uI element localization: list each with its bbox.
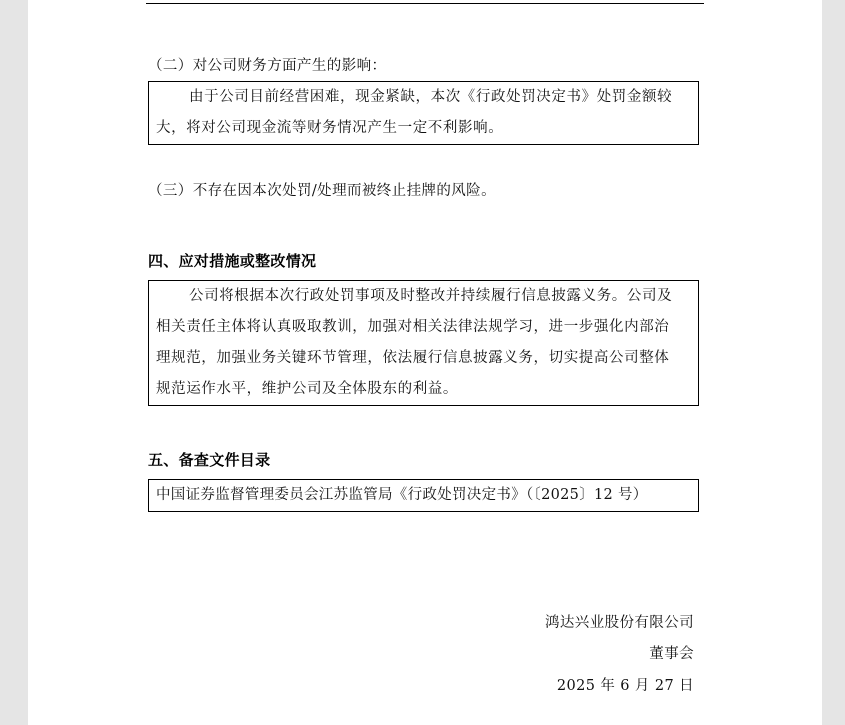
section-4-heading: 四、应对措施或整改情况: [148, 250, 316, 271]
financial-impact-line-2: 大，将对公司现金流等财务情况产生一定不利影响。: [156, 113, 692, 144]
financial-impact-box: 由于公司目前经营困难，现金紧缺，本次《行政处罚决定书》处罚金额较 大，将对公司现…: [148, 81, 699, 145]
subsection-financial-impact-label: （二）对公司财务方面产生的影响：: [148, 51, 386, 82]
remediation-measures-box: 公司将根据本次行政处罚事项及时整改并持续履行信息披露义务。公司及 相关责任主体将…: [148, 280, 699, 406]
remediation-line-3: 理规范，加强业务关键环节管理，依法履行信息披露义务，切实提高公司整体: [156, 343, 692, 374]
top-divider-line: [146, 3, 704, 4]
remediation-line-1: 公司将根据本次行政处罚事项及时整改并持续履行信息披露义务。公司及: [156, 281, 692, 312]
signature-date: 2025 年 6 月 27 日: [557, 674, 694, 695]
subsection-delisting-risk-label: （三）不存在因本次处罚/处理而被终止挂牌的风险。: [148, 176, 496, 207]
financial-impact-line-1: 由于公司目前经营困难，现金紧缺，本次《行政处罚决定书》处罚金额较: [156, 82, 692, 113]
remediation-line-4: 规范运作水平，维护公司及全体股东的利益。: [156, 374, 692, 405]
signature-company-name: 鸿达兴业股份有限公司: [545, 611, 694, 632]
remediation-line-2: 相关责任主体将认真吸取教训，加强对相关法律法规学习，进一步强化内部治: [156, 312, 692, 343]
document-page: （二）对公司财务方面产生的影响： 由于公司目前经营困难，现金紧缺，本次《行政处罚…: [28, 0, 822, 725]
document-viewer[interactable]: （二）对公司财务方面产生的影响： 由于公司目前经营困难，现金紧缺，本次《行政处罚…: [0, 0, 845, 725]
signature-board: 董事会: [649, 642, 694, 663]
section-5-heading: 五、备查文件目录: [148, 449, 270, 470]
reference-document-entry: 中国证券监督管理委员会江苏监管局《行政处罚决定书》（〔2025〕12 号）: [156, 480, 692, 510]
reference-documents-box: 中国证券监督管理委员会江苏监管局《行政处罚决定书》（〔2025〕12 号）: [148, 479, 699, 512]
